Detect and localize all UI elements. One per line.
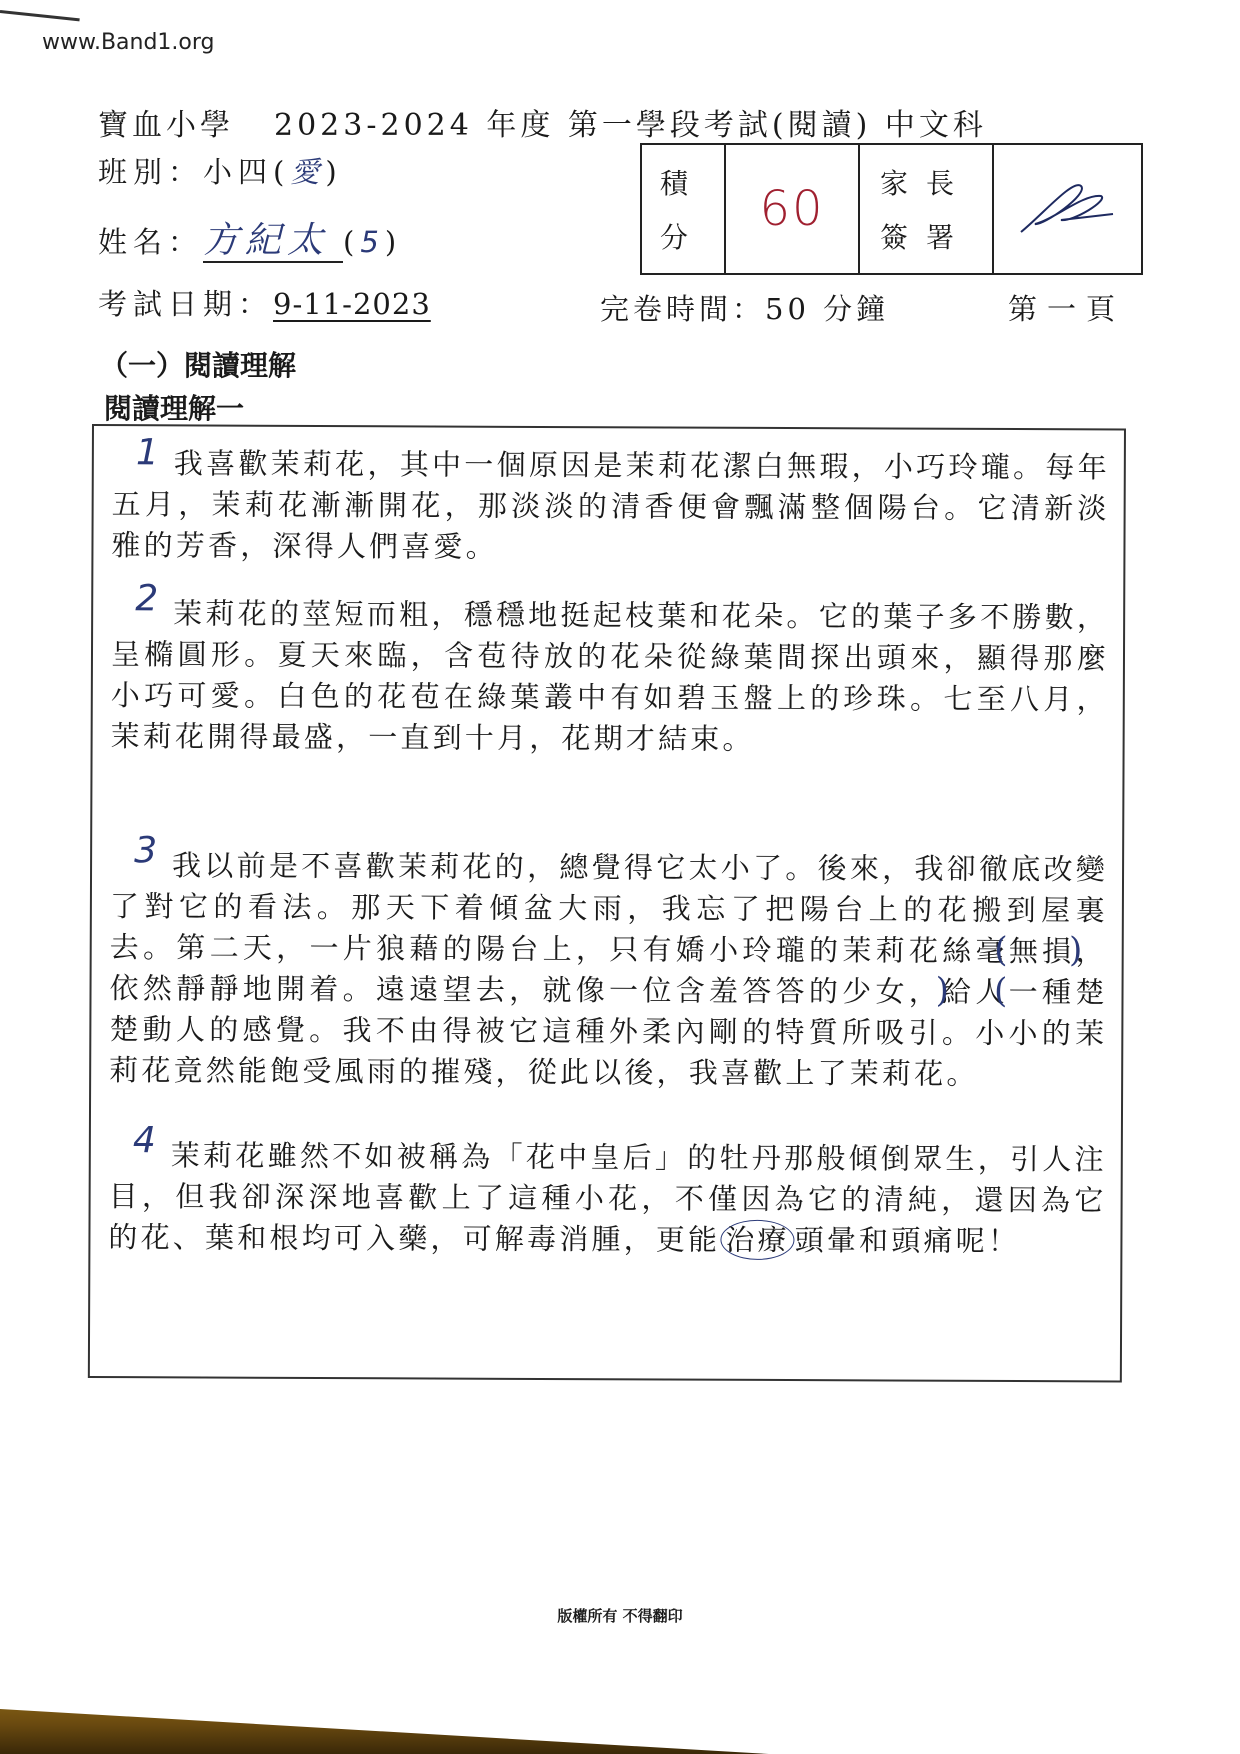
school-name: 寶血小學 <box>98 108 234 143</box>
parent-signature-cell <box>994 145 1141 273</box>
parent-label-cell: 家長 簽署 <box>860 145 994 273</box>
name-label: 姓名： <box>98 225 203 259</box>
table-edge <box>0 1694 1240 1754</box>
subject-name: 中文科 <box>885 108 987 143</box>
paragraph-4: 茉莉花雖然不如被稱為「花中皇后」的牡丹那般傾倒眾生，引人注目，但我卻深深地喜歡上… <box>108 1135 1107 1262</box>
student-name: 方紀太 <box>203 220 343 263</box>
duration-label: 完卷時間： <box>600 292 765 326</box>
date-label: 考試日期： <box>98 287 273 321</box>
duration-row: 完卷時間：50 分鐘 <box>600 287 889 328</box>
exam-header: 寶血小學2023-2024 年度 第一學段考試(閱讀) 中文科 <box>98 100 987 144</box>
reading-passage: 1 我喜歡茉莉花，其中一個原因是茉莉花潔白無瑕，小巧玲瓏。每年五月，茉莉花漸漸開… <box>88 424 1126 1383</box>
circled-phrase: 治療 <box>720 1220 795 1260</box>
class-label: 班別： <box>98 155 203 189</box>
parent-signature <box>1013 174 1123 244</box>
passage-title: 閱讀理解一 <box>104 387 244 427</box>
class-suffix: ) <box>325 155 342 189</box>
number-open: ( <box>343 225 360 259</box>
parent-label-1: 家長 <box>880 162 972 202</box>
copyright-notice: 版權所有 不得翻印 <box>0 1605 1240 1626</box>
score-box: 積 分 60 家長 簽署 <box>640 143 1143 275</box>
section-heading: （一）閱讀理解 <box>100 344 296 384</box>
paragraph-1: 我喜歡茉莉花，其中一個原因是茉莉花潔白無瑕，小巧玲瓏。每年五月，茉莉花漸漸開花，… <box>111 443 1110 570</box>
paragraph-2: 茉莉花的莖短而粗，穩穩地挺起枝葉和花朵。它的葉子多不勝數，呈橢圓形。夏天來臨，含… <box>111 593 1110 761</box>
date-row: 考試日期：9-11-2023 <box>98 282 431 323</box>
exam-name: 第一學段考試(閱讀) <box>568 108 871 143</box>
name-row: 姓名：方紀太(5) <box>98 212 402 263</box>
exam-date: 9-11-2023 <box>273 287 431 321</box>
score-label-2: 分 <box>660 216 706 256</box>
student-number: 5 <box>360 225 384 259</box>
score-value: 60 <box>759 181 824 237</box>
parent-label-2: 簽署 <box>880 216 972 256</box>
watermark: www.Band1.org <box>42 30 215 55</box>
score-label-1: 積 <box>660 162 706 202</box>
school-year: 2023-2024 年度 <box>274 108 554 143</box>
score-label-cell: 積 分 <box>642 145 726 273</box>
score-value-cell: 60 <box>726 145 860 273</box>
duration-value: 50 分鐘 <box>765 292 889 326</box>
number-close: ) <box>385 225 402 259</box>
paragraph-3: 我以前是不喜歡茉莉花的，總覺得它太小了。後來，我卻徹底改變了對它的看法。那天下着… <box>109 845 1108 1095</box>
class-value: 愛 <box>290 155 325 189</box>
class-prefix: 小四( <box>203 155 290 189</box>
class-row: 班別：小四(愛) <box>98 150 343 191</box>
page-number: 第一頁 <box>1008 287 1125 328</box>
paragraph-4-part-b: 頭暈和頭痛呢！ <box>795 1223 1021 1258</box>
corner-mark <box>0 10 80 21</box>
annotated-phrase-1: 絲毫無損 <box>942 934 1075 969</box>
